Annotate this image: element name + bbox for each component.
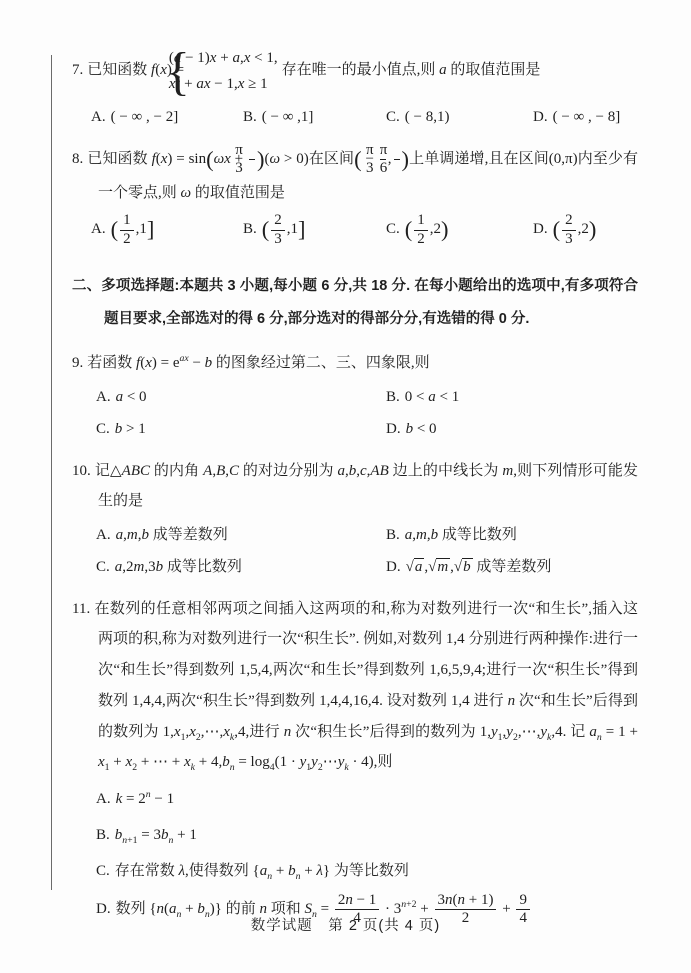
- option-value: a,2m,3b 成等比数列: [115, 559, 242, 575]
- option-label: B.: [386, 527, 405, 543]
- option-label: C.: [386, 221, 405, 237]
- option-label: B.: [243, 221, 262, 237]
- option-value: 0 < a < 1: [405, 389, 459, 405]
- option-value: (12,2): [405, 221, 449, 237]
- option-label: C.: [386, 109, 405, 125]
- question-8-option-a: A.(12,1]: [91, 212, 243, 248]
- question-10-options: A.a,m,b 成等差数列 B.a,m,b 成等比数列 C.a,2m,3b 成等…: [96, 519, 638, 584]
- question-8-stem: 8.已知函数 f(x) = sin(ωx + π3)(ω > 0)在区间( − …: [72, 142, 638, 208]
- question-10-option-b: B.a,m,b 成等比数列: [386, 519, 638, 551]
- question-8-option-b: B.(23,1]: [243, 212, 386, 248]
- option-label: A.: [96, 527, 116, 543]
- page-margin-rule: [51, 55, 52, 890]
- question-11-option-a: A.k = 2n − 1: [96, 784, 638, 814]
- option-value: ( − ∞ , − 2]: [111, 109, 179, 125]
- option-value: ( − 8,1): [405, 109, 450, 125]
- question-10-option-a: A.a,m,b 成等差数列: [96, 519, 386, 551]
- option-value: a < 0: [116, 389, 147, 405]
- option-label: A.: [91, 221, 111, 237]
- question-7-option-a: A.( − ∞ , − 2]: [91, 102, 243, 132]
- exam-page-content: 7.已知函数 f(x) = {(a − 1)x + a,x < 1,x2 + a…: [72, 44, 638, 928]
- option-label: B.: [386, 389, 405, 405]
- question-8-text: 已知函数 f(x) = sin(ωx + π3)(ω > 0)在区间( − π3…: [87, 151, 638, 200]
- question-8-options: A.(12,1] B.(23,1] C.(12,2) D.(23,2): [91, 212, 638, 248]
- question-10-option-d: D.√a,√m,√b 成等差数列: [386, 551, 638, 583]
- option-value: ( − ∞ , − 8]: [553, 109, 621, 125]
- option-label: D.: [533, 109, 553, 125]
- question-9-text: 若函数 f(x) = eax − b 的图象经过第二、三、四象限,则: [87, 355, 429, 371]
- question-9-number: 9.: [72, 355, 87, 371]
- question-9-option-a: A.a < 0: [96, 381, 386, 413]
- option-label: C.: [96, 863, 115, 879]
- question-7-option-c: C.( − 8,1): [386, 102, 533, 132]
- question-7-number: 7.: [72, 62, 87, 78]
- question-11-options: A.k = 2n − 1 B.bn+1 = 3bn + 1 C.存在常数 λ,使…: [72, 784, 638, 928]
- option-value: b < 0: [406, 421, 437, 437]
- option-value: bn+1 = 3bn + 1: [115, 827, 197, 843]
- question-11-stem: 11.在数列的任意相邻两项之间插入这两项的和,称为对数列进行一次“和生长”,插入…: [72, 594, 638, 779]
- question-7-option-d: D.( − ∞ , − 8]: [533, 102, 638, 132]
- option-label: A.: [91, 109, 111, 125]
- question-9-options: A.a < 0 B.0 < a < 1 C.b > 1 D.b < 0: [96, 381, 638, 446]
- option-value: b > 1: [115, 421, 146, 437]
- question-9-option-b: B.0 < a < 1: [386, 381, 638, 413]
- option-label: A.: [96, 389, 116, 405]
- question-8-option-c: C.(12,2): [386, 212, 533, 248]
- question-11-number: 11.: [72, 601, 94, 617]
- option-value: (23,2): [553, 221, 597, 237]
- question-11-option-c: C.存在常数 λ,使得数列 {an + bn + λ} 为等比数列: [96, 856, 638, 886]
- question-10-number: 10.: [72, 463, 95, 479]
- question-10-option-c: C.a,2m,3b 成等比数列: [96, 551, 386, 583]
- question-8-option-d: D.(23,2): [533, 212, 638, 248]
- option-label: B.: [96, 827, 115, 843]
- question-7-option-b: B.( − ∞ ,1]: [243, 102, 386, 132]
- question-9-option-d: D.b < 0: [386, 413, 638, 445]
- question-7-text: 已知函数 f(x) = {(a − 1)x + a,x < 1,x2 + ax …: [87, 62, 540, 78]
- option-value: √a,√m,√b 成等差数列: [406, 558, 552, 575]
- option-value: ( − ∞ ,1]: [262, 109, 314, 125]
- question-8-number: 8.: [72, 151, 87, 167]
- question-11-option-b: B.bn+1 = 3bn + 1: [96, 820, 638, 850]
- option-label: D.: [533, 221, 553, 237]
- option-label: C.: [96, 421, 115, 437]
- question-10-stem: 10.记△ABC 的内角 A,B,C 的对边分别为 a,b,c,AB 边上的中线…: [72, 456, 638, 518]
- option-value: 存在常数 λ,使得数列 {an + bn + λ} 为等比数列: [115, 863, 409, 879]
- question-9-stem: 9.若函数 f(x) = eax − b 的图象经过第二、三、四象限,则: [72, 348, 638, 379]
- page-footer: 数学试题 第 2 页(共 4 页): [0, 914, 691, 935]
- option-value: (12,1]: [111, 221, 155, 237]
- question-7-options: A.( − ∞ , − 2] B.( − ∞ ,1] C.( − 8,1) D.…: [91, 102, 638, 132]
- option-label: D.: [386, 421, 406, 437]
- option-value: k = 2n − 1: [116, 791, 174, 807]
- question-7-stem: 7.已知函数 f(x) = {(a − 1)x + a,x < 1,x2 + a…: [72, 44, 638, 98]
- question-9-option-c: C.b > 1: [96, 413, 386, 445]
- option-label: D.: [386, 559, 406, 575]
- question-10-text: 记△ABC 的内角 A,B,C 的对边分别为 a,b,c,AB 边上的中线长为 …: [95, 463, 638, 510]
- question-11-text: 在数列的任意相邻两项之间插入这两项的和,称为对数列进行一次“和生长”,插入这两项…: [94, 601, 638, 771]
- option-label: A.: [96, 791, 116, 807]
- option-label: C.: [96, 559, 115, 575]
- option-value: a,m,b 成等差数列: [116, 527, 228, 543]
- option-value: a,m,b 成等比数列: [405, 527, 517, 543]
- section-2-heading: 二、多项选择题:本题共 3 小题,每小题 6 分,共 18 分. 在每小题给出的…: [72, 270, 638, 337]
- option-value: (23,1]: [262, 221, 306, 237]
- option-label: B.: [243, 109, 262, 125]
